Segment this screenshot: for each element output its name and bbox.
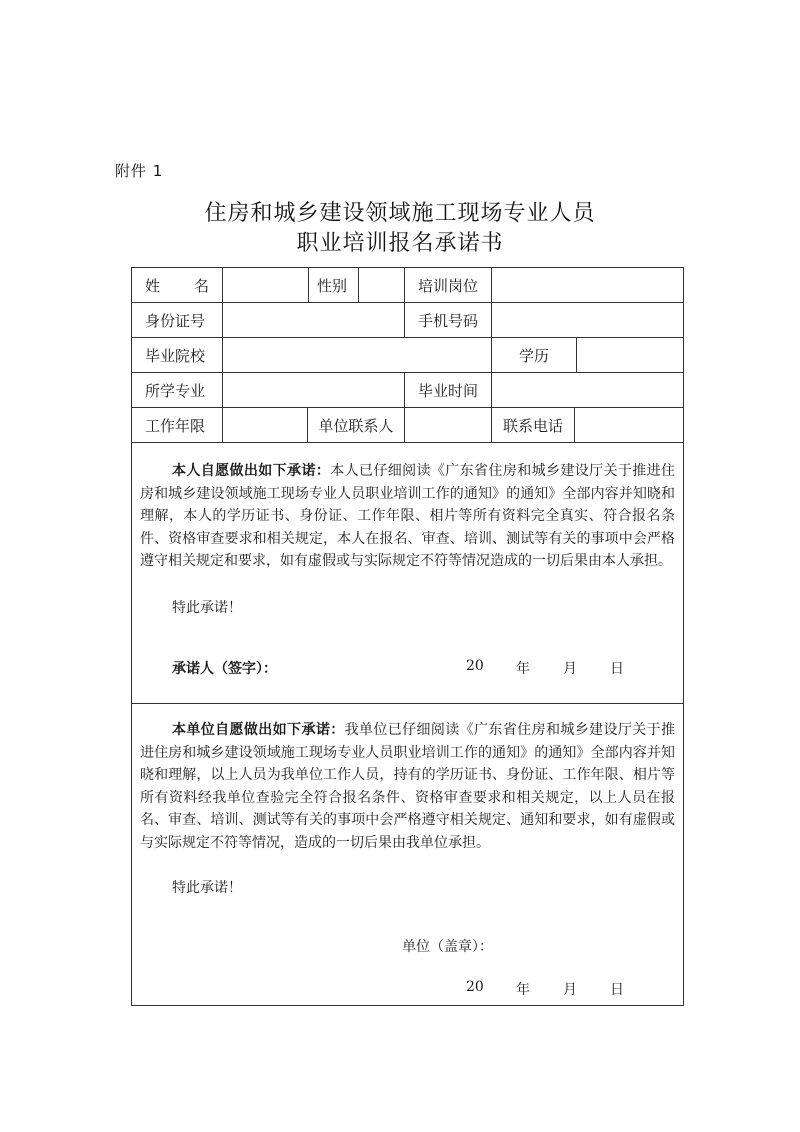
signer-signature-label: 承诺人（签字）：: [172, 658, 277, 678]
name-label: 姓 名: [132, 268, 222, 302]
work-years-input[interactable]: [223, 408, 307, 442]
personal-date-day: 日: [610, 658, 624, 678]
document-title-line1: 住房和城乡建设领域施工现场专业人员: [0, 196, 800, 227]
name-label-char2: 名: [194, 275, 209, 296]
unit-seal-label: 单位（盖章）：: [402, 936, 493, 956]
mobile-label: 手机号码: [405, 303, 491, 337]
work-years-label: 工作年限: [132, 408, 222, 442]
unit-date-year-prefix: 20: [466, 979, 484, 995]
signer-signature-field[interactable]: [292, 654, 452, 678]
personal-pledge-lead: 本人自愿做出如下承诺：: [172, 463, 330, 479]
education-label: 学历: [492, 338, 576, 372]
school-label: 毕业院校: [132, 338, 222, 372]
unit-pledge-body: 我单位已仔细阅读《广东省住房和城乡建设厅关于推进住房和城乡建设领域施工现场专业人…: [140, 722, 675, 851]
personal-date-month: 月: [563, 658, 577, 678]
personal-date-year: 年: [516, 658, 530, 678]
unit-seal-field[interactable]: [512, 932, 672, 956]
contact-phone-input[interactable]: [575, 408, 685, 442]
school-input[interactable]: [223, 338, 491, 372]
attachment-label: 附件 1: [115, 160, 163, 181]
grad-time-input[interactable]: [492, 373, 685, 407]
personal-date-year-prefix: 20: [466, 658, 484, 674]
unit-date-day: 日: [610, 979, 624, 999]
contact-phone-label: 联系电话: [492, 408, 574, 442]
unit-date-month: 月: [563, 979, 577, 999]
unit-date-year: 年: [516, 979, 530, 999]
training-post-label: 培训岗位: [405, 268, 491, 302]
unit-pledge-closing: 特此承诺！: [172, 877, 242, 897]
personal-pledge-text: 本人自愿做出如下承诺：本人已仔细阅读《广东省住房和城乡建设厅关于推进住房和城乡建…: [140, 460, 675, 573]
id-number-input[interactable]: [223, 303, 404, 337]
grad-time-label: 毕业时间: [405, 373, 491, 407]
section-divider: [132, 703, 683, 704]
registration-form: 姓 名 性别 培训岗位 身份证号 手机号码 毕业院校 学历 所学专业 毕业时间 …: [131, 267, 684, 1006]
unit-contact-input[interactable]: [405, 408, 491, 442]
document-title-line2: 职业培训报名承诺书: [0, 226, 800, 257]
id-number-label: 身份证号: [132, 303, 222, 337]
training-post-input[interactable]: [492, 268, 685, 302]
mobile-input[interactable]: [492, 303, 685, 337]
education-input[interactable]: [577, 338, 685, 372]
name-input[interactable]: [223, 268, 308, 302]
unit-pledge-lead: 本单位自愿做出如下承诺：: [172, 722, 345, 738]
name-label-char1: 姓: [145, 275, 160, 296]
unit-pledge-text: 本单位自愿做出如下承诺：我单位已仔细阅读《广东省住房和城乡建设厅关于推进住房和城…: [140, 719, 675, 854]
major-input[interactable]: [223, 373, 404, 407]
major-label: 所学专业: [132, 373, 222, 407]
unit-contact-label: 单位联系人: [308, 408, 404, 442]
gender-label: 性别: [309, 268, 358, 302]
gender-input[interactable]: [359, 268, 404, 302]
row-divider: [132, 442, 683, 443]
personal-pledge-closing: 特此承诺！: [172, 597, 242, 617]
